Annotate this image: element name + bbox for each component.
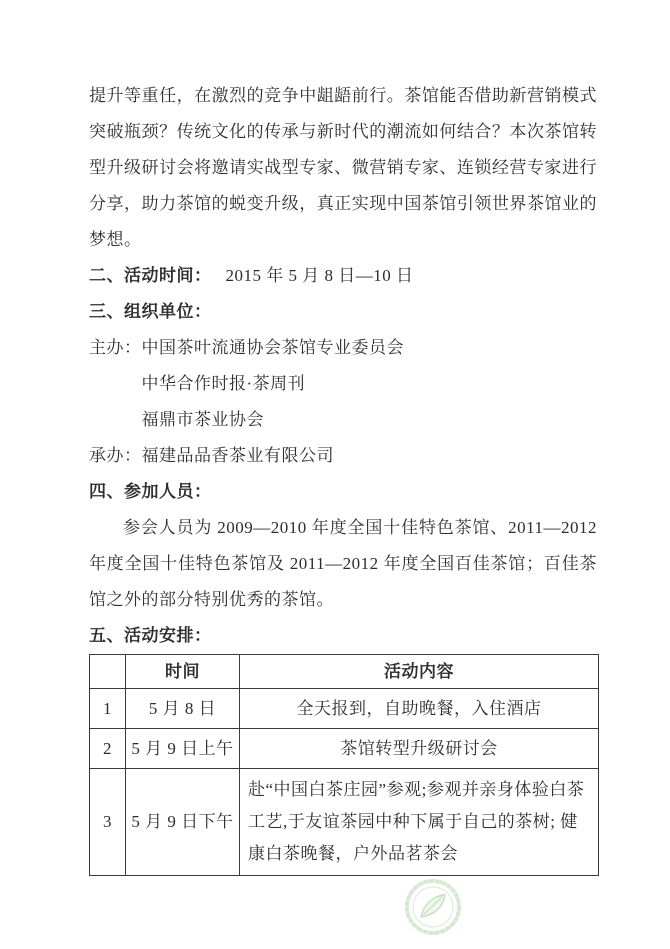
- activity-time-heading: 二、活动时间：: [89, 266, 212, 285]
- row-time: 5 月 9 日上午: [126, 729, 240, 769]
- section-organizers-heading: 三、组织单位：: [89, 294, 597, 330]
- table-row: 2 5 月 9 日上午 茶馆转型升级研讨会: [90, 729, 599, 769]
- intro-paragraph: 提升等重任，在激烈的竞争中龃龉前行。茶馆能否借助新营销模式突破瓶颈？传统文化的传…: [89, 78, 597, 258]
- host-item: 福鼎市茶业协会: [142, 402, 598, 438]
- table-row: 1 5 月 8 日 全天报到，自助晚餐，入住酒店: [90, 689, 599, 729]
- host-item: 中华合作时报·茶周刊: [142, 366, 598, 402]
- schedule-header-index: [90, 655, 126, 689]
- undertaker-item: 福建品品香茶业有限公司: [142, 438, 598, 474]
- schedule-table: 时间 活动内容 1 5 月 8 日 全天报到，自助晚餐，入住酒店 2 5 月 9…: [89, 654, 599, 876]
- participants-body: 参会人员为 2009—2010 年度全国十佳特色茶馆、2011—2012 年度全…: [89, 510, 597, 618]
- undertaker-block: 承办： 福建品品香茶业有限公司: [89, 438, 597, 474]
- row-time: 5 月 9 日下午: [126, 769, 240, 876]
- schedule-header-time: 时间: [126, 655, 240, 689]
- host-list: 中国茶叶流通协会茶馆专业委员会 中华合作时报·茶周刊 福鼎市茶业协会: [142, 330, 598, 438]
- row-time: 5 月 8 日: [126, 689, 240, 729]
- table-row: 3 5 月 9 日下午 赴“中国白茶庄园”参观;参观并亲身体验白茶工艺,于友谊茶…: [90, 769, 599, 876]
- host-block: 主办： 中国茶叶流通协会茶馆专业委员会 中华合作时报·茶周刊 福鼎市茶业协会: [89, 330, 597, 438]
- section-schedule-heading: 五、活动安排：: [89, 618, 597, 654]
- row-number: 3: [90, 769, 126, 876]
- row-number: 1: [90, 689, 126, 729]
- host-label: 主办：: [89, 330, 142, 366]
- undertaker-label: 承办：: [89, 438, 142, 474]
- row-number: 2: [90, 729, 126, 769]
- schedule-header-content: 活动内容: [240, 655, 599, 689]
- activity-time-value: 2015 年 5 月 8 日—10 日: [226, 266, 414, 285]
- leaf-seal-icon: [404, 878, 462, 936]
- section-activity-time: 二、活动时间：2015 年 5 月 8 日—10 日: [89, 258, 597, 294]
- section-participants-heading: 四、参加人员：: [89, 474, 597, 510]
- undertaker-list: 福建品品香茶业有限公司: [142, 438, 598, 474]
- row-content: 赴“中国白茶庄园”参观;参观并亲身体验白茶工艺,于友谊茶园中种下属于自己的茶树;…: [240, 769, 599, 876]
- host-item: 中国茶叶流通协会茶馆专业委员会: [142, 330, 598, 366]
- document-page: 提升等重任，在激烈的竞争中龃龉前行。茶馆能否借助新营销模式突破瓶颈？传统文化的传…: [0, 0, 670, 949]
- schedule-header-row: 时间 活动内容: [90, 655, 599, 689]
- row-content: 全天报到，自助晚餐，入住酒店: [240, 689, 599, 729]
- row-content: 茶馆转型升级研讨会: [240, 729, 599, 769]
